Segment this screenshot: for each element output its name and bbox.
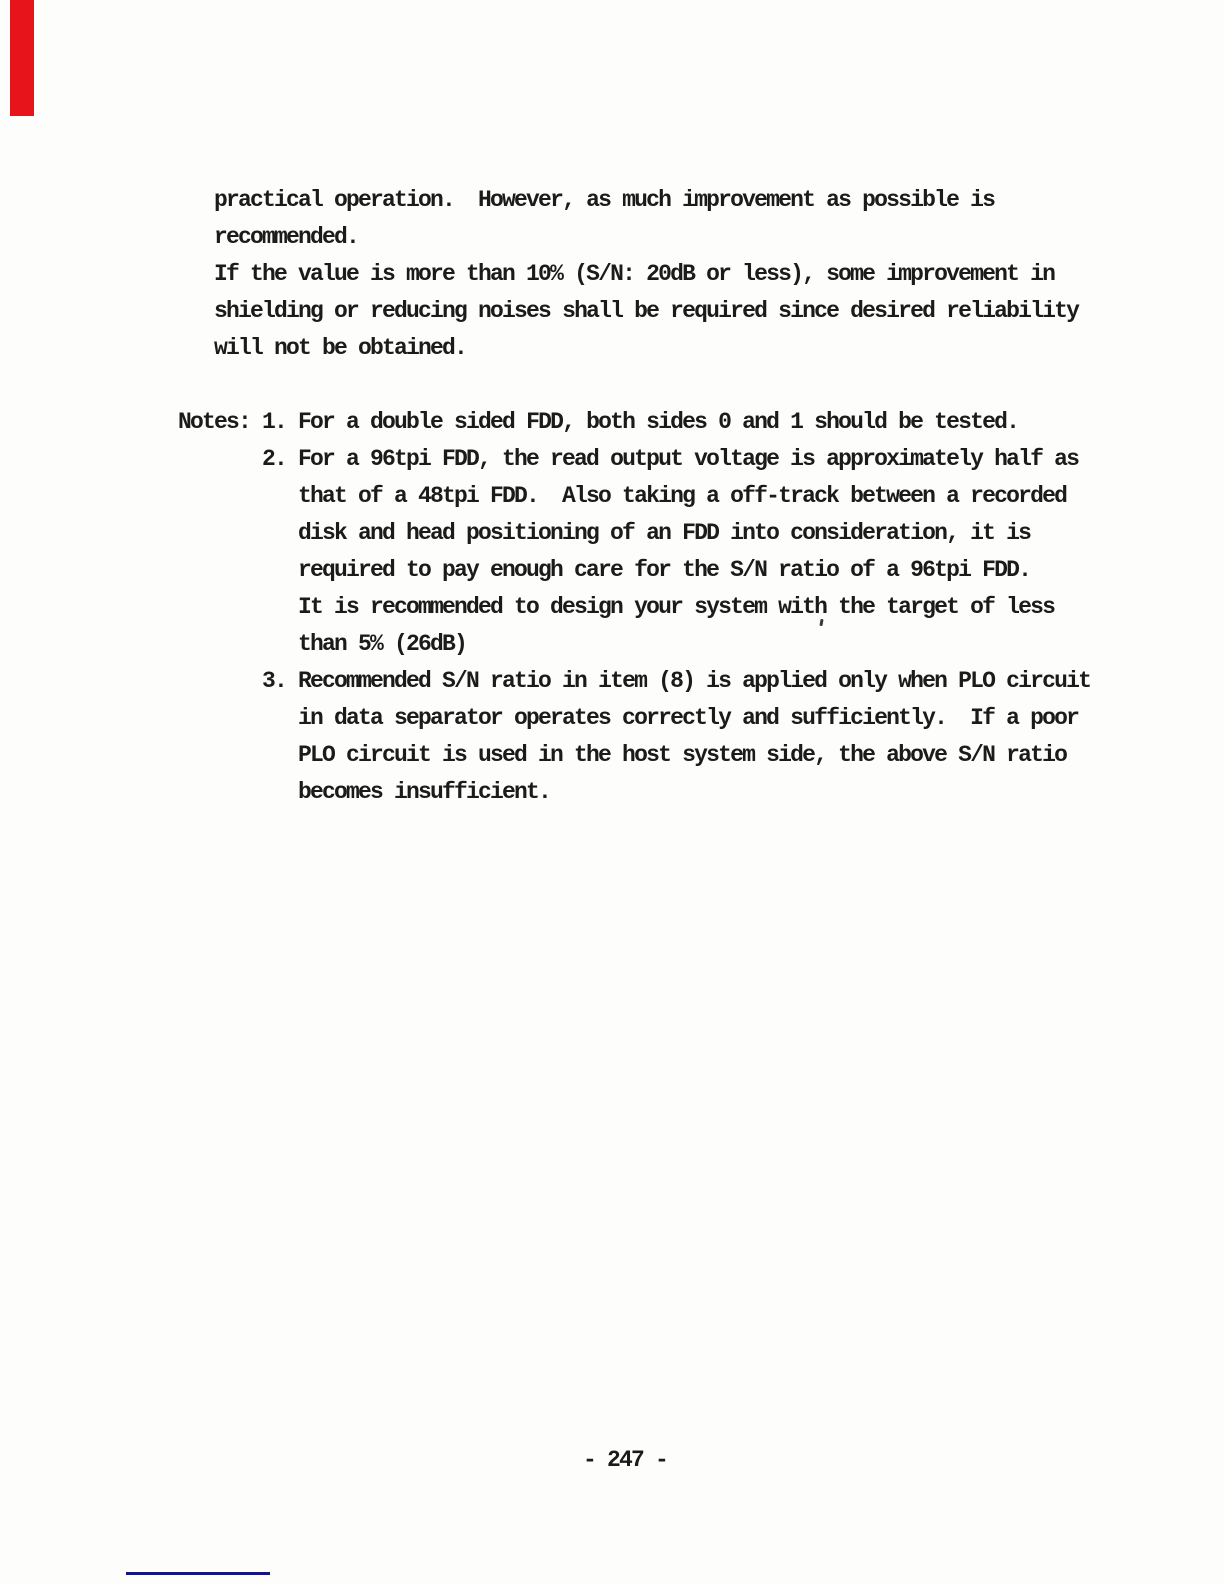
page-number: - 247 - (583, 1442, 667, 1479)
notes-line: in data separator operates correctly and… (178, 700, 1090, 737)
intro-line: If the value is more than 10% (S/N: 20dB… (178, 256, 1090, 293)
notes-line: required to pay enough care for the S/N … (178, 552, 1090, 589)
body-text-block: practical operation. However, as much im… (178, 182, 1090, 811)
notes-line: that of a 48tpi FDD. Also taking a off-t… (178, 478, 1090, 515)
blue-underline-mark (126, 1572, 270, 1575)
notes-heading-line: Notes: 1. For a double sided FDD, both s… (178, 404, 1090, 441)
intro-line: will not be obtained. (178, 330, 1090, 367)
notes-line: 3. Recommended S/N ratio in item (8) is … (178, 663, 1090, 700)
notes-line: becomes insufficient. (178, 774, 1090, 811)
scanned-document-page: practical operation. However, as much im… (0, 0, 1224, 1584)
intro-line: recommended. (178, 219, 1090, 256)
intro-line: practical operation. However, as much im… (178, 182, 1090, 219)
notes-line: 2. For a 96tpi FDD, the read output volt… (178, 441, 1090, 478)
intro-line: shielding or reducing noises shall be re… (178, 293, 1090, 330)
notes-line: PLO circuit is used in the host system s… (178, 737, 1090, 774)
notes-line: It is recommended to design your system … (178, 589, 1090, 626)
red-bookmark-tab (10, 0, 34, 116)
notes-line: disk and head positioning of an FDD into… (178, 515, 1090, 552)
notes-line: than 5% (26dB) (178, 626, 1090, 663)
